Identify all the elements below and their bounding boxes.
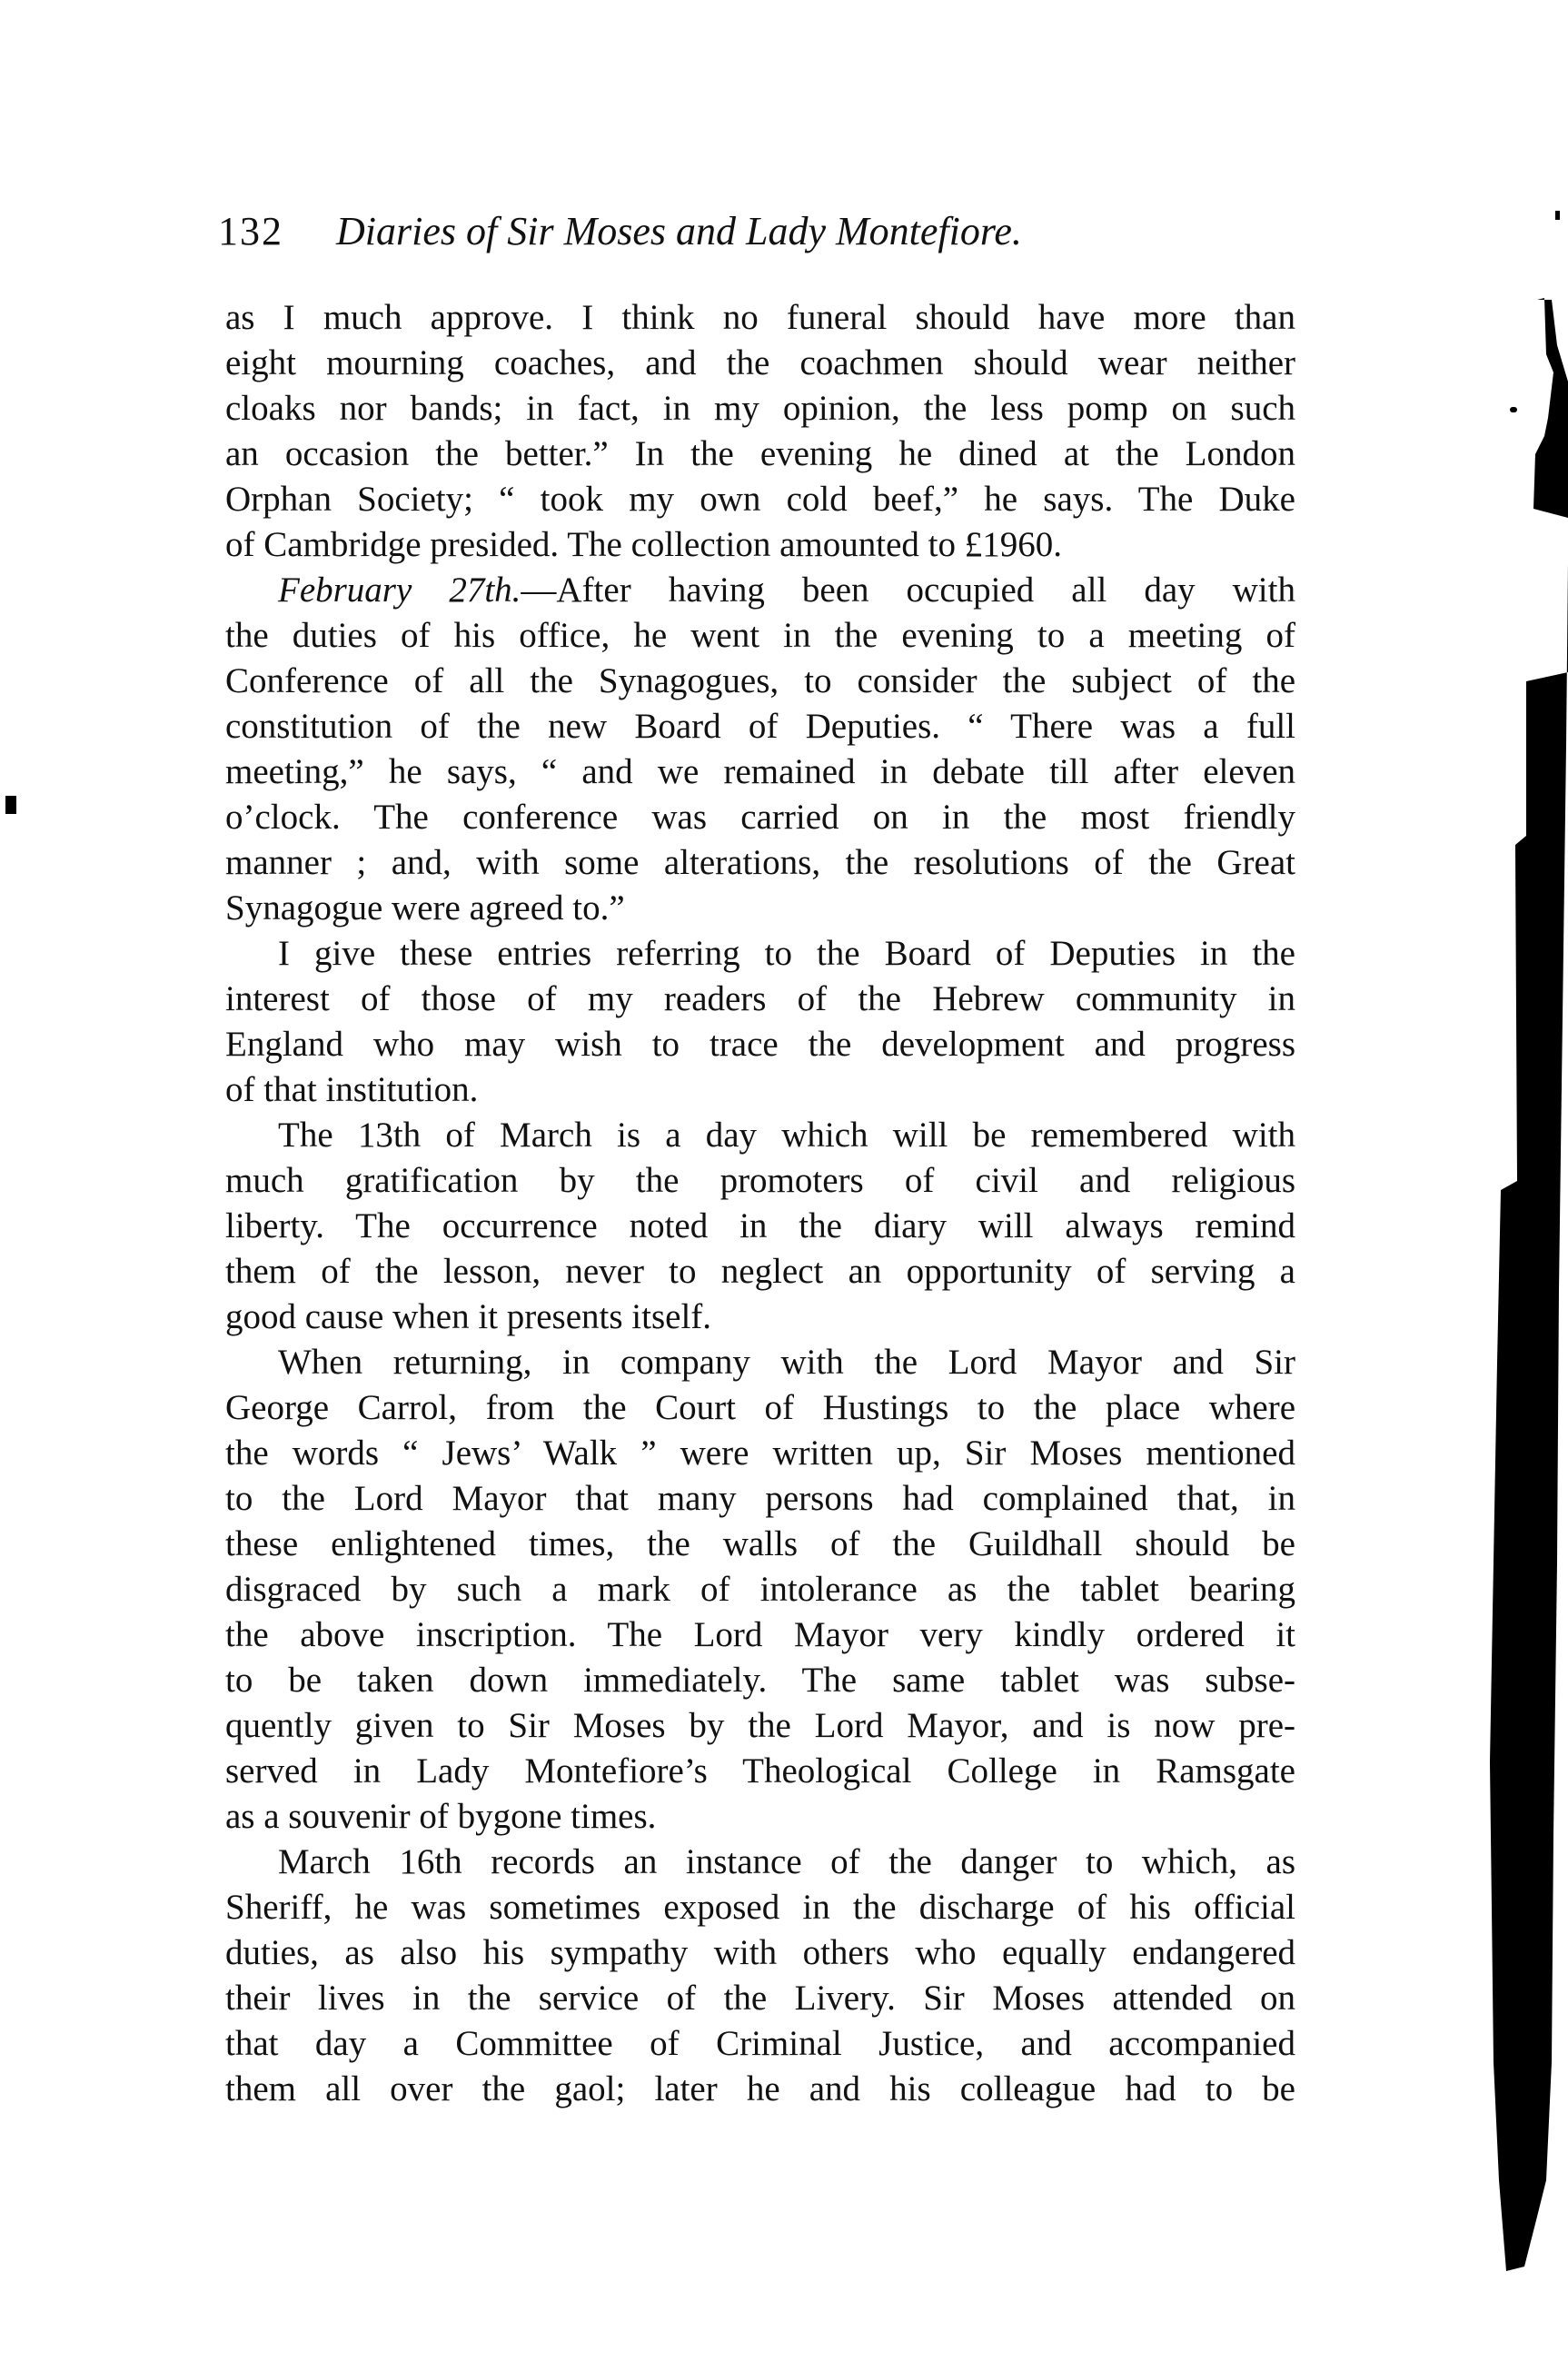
text-line: liberty. The occurrence noted in the dia… (225, 1204, 1295, 1249)
text-line: Sheriff, he was sometimes exposed in the… (225, 1885, 1295, 1930)
line-text: an occasion the better.” In the evening … (225, 434, 1295, 473)
binding-shadow (1481, 291, 1568, 2289)
text-line: o’clock. The conference was carried on i… (225, 795, 1295, 840)
page-number: 132 (218, 204, 336, 259)
line-text: meeting,” he says, “ and we remained in … (225, 752, 1295, 791)
text-line: much gratification by the promoters of c… (225, 1158, 1295, 1204)
text-line: George Carrol, from the Court of Husting… (225, 1385, 1295, 1431)
line-text: the words “ Jews’ Walk ” were written up… (225, 1434, 1295, 1473)
line-text: Conference of all the Synagogues, to con… (225, 661, 1295, 700)
text-line: quently given to Sir Moses by the Lord M… (225, 1703, 1295, 1749)
text-line: these enlightened times, the walls of th… (225, 1522, 1295, 1567)
line-text: Sheriff, he was sometimes exposed in the… (225, 1888, 1295, 1927)
line-text: George Carrol, from the Court of Husting… (225, 1388, 1295, 1427)
text-line: them all over the gaol; later he and his… (225, 2067, 1295, 2112)
line-text: that day a Committee of Criminal Justice… (225, 2024, 1295, 2063)
line-text: of Cambridge presided. The collection am… (225, 525, 1062, 564)
text-line: meeting,” he says, “ and we remained in … (225, 749, 1295, 795)
line-text: eight mourning coaches, and the coachmen… (225, 343, 1295, 382)
text-line: manner ; and, with some alterations, the… (225, 840, 1295, 886)
text-line: of that institution. (225, 1067, 1295, 1113)
line-text: Synagogue were agreed to.” (225, 888, 625, 928)
line-text: the duties of his office, he went in the… (225, 616, 1295, 655)
text-line: When returning, in company with the Lord… (225, 1340, 1295, 1385)
text-line: disgraced by such a mark of intolerance … (225, 1567, 1295, 1612)
text-line: February 27th.—After having been occupie… (225, 568, 1295, 613)
line-text: disgraced by such a mark of intolerance … (225, 1570, 1295, 1609)
italic-date: February 27th. (278, 570, 521, 610)
line-text: interest of those of my readers of the H… (225, 979, 1295, 1018)
text-line: I give these entries referring to the Bo… (225, 931, 1295, 977)
line-text: manner ; and, with some alterations, the… (225, 843, 1295, 882)
line-text: o’clock. The conference was carried on i… (225, 798, 1295, 837)
line-text: When returning, in company with the Lord… (278, 1343, 1295, 1382)
text-line: the words “ Jews’ Walk ” were written up… (225, 1431, 1295, 1476)
line-text: their lives in the service of the Livery… (225, 1979, 1295, 2018)
text-line: the duties of his office, he went in the… (225, 613, 1295, 659)
line-text: constitution of the new Board of Deputie… (225, 707, 1295, 746)
corner-mark (1555, 211, 1560, 220)
text-line: constitution of the new Board of Deputie… (225, 704, 1295, 749)
line-text: these enlightened times, the walls of th… (225, 1524, 1295, 1563)
line-text: to be taken down immediately. The same t… (225, 1661, 1295, 1700)
text-line: their lives in the service of the Livery… (225, 1976, 1295, 2021)
margin-dot (1510, 407, 1517, 412)
running-head-title: Diaries of Sir Moses and Lady Montefiore… (336, 209, 1022, 253)
line-text: The 13th of March is a day which will be… (278, 1116, 1295, 1155)
text-line: of Cambridge presided. The collection am… (225, 522, 1295, 568)
text-line: March 16th records an instance of the da… (225, 1840, 1295, 1885)
text-line: good cause when it presents itself. (225, 1295, 1295, 1340)
text-line: them of the lesson, never to neglect an … (225, 1249, 1295, 1295)
line-text: liberty. The occurrence noted in the dia… (225, 1206, 1295, 1245)
text-line: Synagogue were agreed to.” (225, 886, 1295, 931)
line-text: England who may wish to trace the develo… (225, 1025, 1295, 1064)
line-text: the above inscription. The Lord Mayor ve… (225, 1615, 1295, 1654)
text-line: to the Lord Mayor that many persons had … (225, 1476, 1295, 1522)
line-text: to the Lord Mayor that many persons had … (225, 1479, 1295, 1518)
line-text: them all over the gaol; later he and his… (225, 2069, 1295, 2108)
line-text: —After having been occupied all day with (521, 570, 1295, 610)
line-text: duties, as also his sympathy with others… (225, 1933, 1295, 1972)
line-text: good cause when it presents itself. (225, 1297, 711, 1336)
text-line: The 13th of March is a day which will be… (225, 1113, 1295, 1158)
line-text: served in Lady Montefiore’s Theological … (225, 1751, 1295, 1791)
line-text: much gratification by the promoters of c… (225, 1161, 1295, 1200)
line-text: I give these entries referring to the Bo… (278, 934, 1295, 973)
text-line: interest of those of my readers of the H… (225, 977, 1295, 1022)
line-text: quently given to Sir Moses by the Lord M… (225, 1706, 1295, 1745)
text-line: cloaks nor bands; in fact, in my opinion… (225, 386, 1295, 432)
text-line: to be taken down immediately. The same t… (225, 1658, 1295, 1703)
line-text: as I much approve. I think no funeral sh… (225, 298, 1295, 337)
text-line: Orphan Society; “ took my own cold beef,… (225, 477, 1295, 522)
text-line: as I much approve. I think no funeral sh… (225, 295, 1295, 341)
line-text: March 16th records an instance of the da… (278, 1842, 1295, 1881)
line-text: Orphan Society; “ took my own cold beef,… (225, 480, 1295, 519)
text-line: that day a Committee of Criminal Justice… (225, 2021, 1295, 2067)
text-line: duties, as also his sympathy with others… (225, 1930, 1295, 1976)
text-line: eight mourning coaches, and the coachmen… (225, 341, 1295, 386)
line-text: them of the lesson, never to neglect an … (225, 1252, 1295, 1291)
line-text: of that institution. (225, 1070, 478, 1109)
running-header: 132Diaries of Sir Moses and Lady Montefi… (218, 204, 1308, 259)
text-line: as a souvenir of bygone times. (225, 1794, 1295, 1840)
text-line: an occasion the better.” In the evening … (225, 432, 1295, 477)
text-line: the above inscription. The Lord Mayor ve… (225, 1612, 1295, 1658)
page-body-text: as I much approve. I think no funeral sh… (225, 295, 1295, 2112)
text-line: Conference of all the Synagogues, to con… (225, 659, 1295, 704)
left-margin-mark (5, 796, 16, 814)
text-line: England who may wish to trace the develo… (225, 1022, 1295, 1067)
line-text: cloaks nor bands; in fact, in my opinion… (225, 389, 1295, 428)
line-text: as a souvenir of bygone times. (225, 1797, 656, 1836)
text-line: served in Lady Montefiore’s Theological … (225, 1749, 1295, 1794)
